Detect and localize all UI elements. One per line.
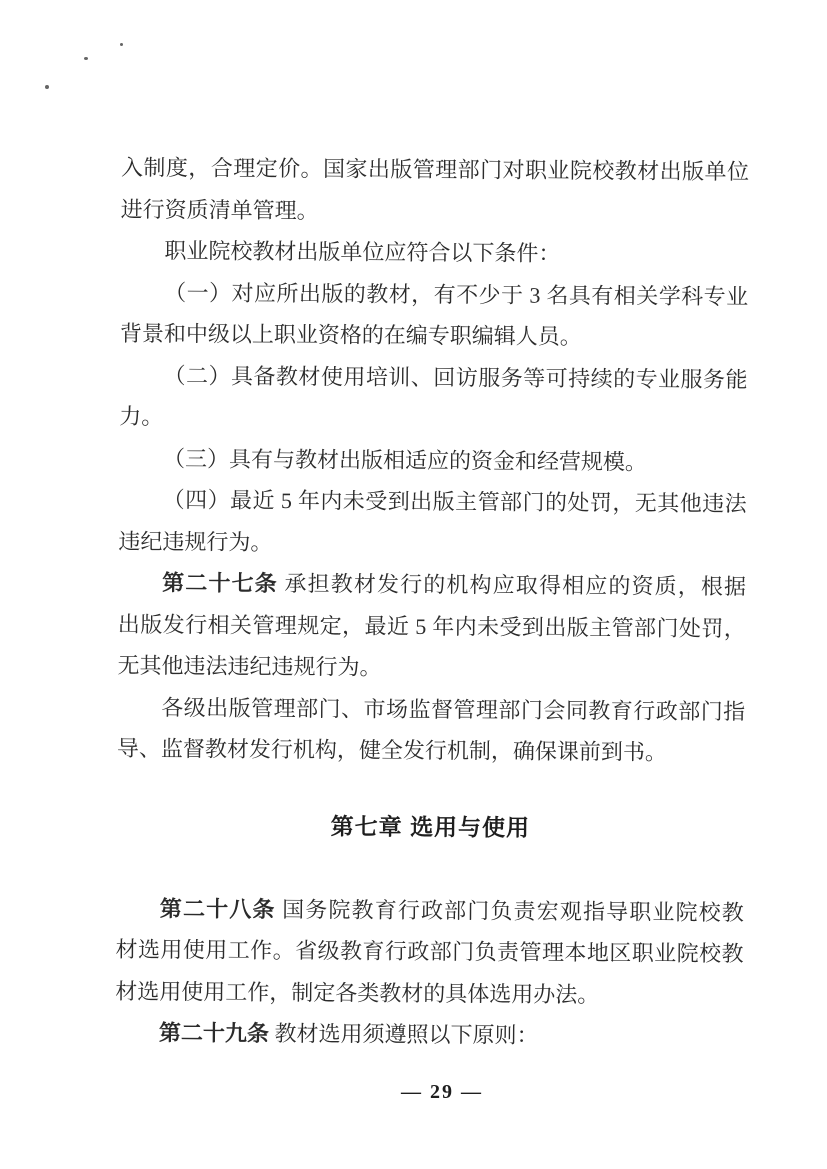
text-line: 材选用使用工作。省级教育行政部门负责管理本地区职业院校教 (115, 929, 743, 975)
text-segment: 无其他违法违纪违规行为。 (117, 653, 381, 680)
text-segment: 入制度，合理定价。国家出版管理部门对职业院校教材出版单位 (121, 155, 749, 184)
text-line: 导、监督教材发行机构，健全发行机制，确保课前到书。 (117, 728, 745, 774)
paragraph: 职业院校教材出版单位应符合以下条件： (120, 230, 748, 276)
paragraph: 第二十八条 国务院教育行政部门负责宏观指导职业院校教材选用使用工作。省级教育行政… (115, 887, 744, 1016)
scan-speck (120, 43, 123, 46)
text-segment: 进行资质清单管理。 (121, 196, 319, 222)
text-segment: 出版发行相关管理规定，最近 5 年内未受到出版主管部门处罚， (118, 611, 746, 640)
paragraph: 入制度，合理定价。国家出版管理部门对职业院校教材出版单位进行资质清单管理。 (121, 147, 750, 234)
text-segment: 承担教材发行的机构应取得相应的资质，根据 (278, 571, 746, 599)
text-segment: 违纪违规行为。 (118, 528, 272, 554)
text-line: （一）对应所出版的教材，有不少于 3 名具有相关学科专业 (120, 271, 748, 317)
text-line: 第二十八条 国务院教育行政部门负责宏观指导职业院校教 (116, 887, 744, 933)
text-segment: 背景和中级以上职业资格的在编专职编辑人员。 (120, 321, 582, 349)
text-segment: 各级出版管理部门、市场监督管理部门会同教育行政部门指 (161, 695, 745, 724)
text-segment: 力。 (119, 404, 163, 429)
text-segment: 材选用使用工作。省级教育行政部门负责管理本地区职业院校教 (115, 937, 743, 966)
text-line: （四）最近 5 年内未受到出版主管部门的处罚，无其他违法 (119, 479, 747, 525)
text-segment: （二）具备教材使用培训、回访服务等可持续的专业服务能 (163, 363, 747, 392)
paragraph: 各级出版管理部门、市场监督管理部门会同教育行政部门指导、监督教材发行机构，健全发… (117, 686, 746, 773)
text-line: 职业院校教材出版单位应符合以下条件： (120, 230, 748, 276)
text-line: 进行资质清单管理。 (121, 188, 749, 234)
paragraph: （二）具备教材使用培训、回访服务等可持续的专业服务能力。 (119, 354, 748, 441)
paragraph: （四）最近 5 年内未受到出版主管部门的处罚，无其他违法违纪违规行为。 (118, 479, 747, 566)
text-segment: 职业院校教材出版单位应符合以下条件： (164, 238, 560, 266)
text-segment: （一）对应所出版的教材，有不少于 3 名具有相关学科专业 (164, 280, 748, 309)
paragraph: 第二十九条 教材选用须遵照以下原则： (115, 1012, 743, 1058)
paragraph: （一）对应所出版的教材，有不少于 3 名具有相关学科专业背景和中级以上职业资格的… (120, 271, 749, 358)
scan-speck (45, 85, 49, 89)
paragraph: （三）具有与教材出版相适应的资金和经营规模。 (119, 437, 747, 483)
article-number: 第二十九条 (159, 1020, 269, 1046)
chapter-heading: 第七章 选用与使用 (116, 802, 744, 850)
text-segment: 材选用使用工作，制定各类教材的具体选用办法。 (115, 978, 599, 1006)
text-line: 材选用使用工作，制定各类教材的具体选用办法。 (115, 970, 743, 1016)
text-segment: （四）最近 5 年内未受到出版主管部门的处罚，无其他违法 (163, 487, 747, 516)
text-line: （二）具备教材使用培训、回访服务等可持续的专业服务能 (119, 354, 747, 400)
article-number: 第二十七条 (162, 570, 278, 596)
text-line: 违纪违规行为。 (118, 520, 746, 566)
text-line: 入制度，合理定价。国家出版管理部门对职业院校教材出版单位 (121, 147, 749, 193)
text-line: 出版发行相关管理规定，最近 5 年内未受到出版主管部门处罚， (118, 603, 746, 649)
text-line: 第二十七条 承担教材发行的机构应取得相应的资质，根据 (118, 562, 746, 608)
text-segment: 教材选用须遵照以下原则： (269, 1021, 539, 1048)
text-line: 力。 (119, 396, 747, 442)
text-segment: 导、监督教材发行机构，健全发行机制，确保课前到书。 (117, 736, 667, 765)
text-segment: （三）具有与教材出版相适应的资金和经营规模。 (163, 446, 647, 474)
article-number: 第二十八条 (160, 896, 276, 922)
scan-speck (84, 57, 88, 60)
document-page: 入制度，合理定价。国家出版管理部门对职业院校教材出版单位进行资质清单管理。职业院… (0, 0, 827, 1169)
text-line: 各级出版管理部门、市场监督管理部门会同教育行政部门指 (117, 686, 745, 732)
text-line: （三）具有与教材出版相适应的资金和经营规模。 (119, 437, 747, 483)
text-line: 第二十九条 教材选用须遵照以下原则： (115, 1012, 743, 1058)
text-segment: 国务院教育行政部门负责宏观指导职业院校教 (275, 896, 743, 924)
text-line: 第七章 选用与使用 (116, 802, 744, 850)
text-line: 背景和中级以上职业资格的在编专职编辑人员。 (120, 313, 748, 359)
paragraph: 第二十七条 承担教材发行的机构应取得相应的资质，根据出版发行相关管理规定，最近 … (117, 562, 746, 691)
article-number: 第七章 选用与使用 (331, 813, 531, 840)
document-content: 入制度，合理定价。国家出版管理部门对职业院校教材出版单位进行资质清单管理。职业院… (115, 147, 749, 1058)
page-number: — 29 — (128, 1079, 756, 1105)
text-line: 无其他违法违纪违规行为。 (117, 645, 745, 691)
